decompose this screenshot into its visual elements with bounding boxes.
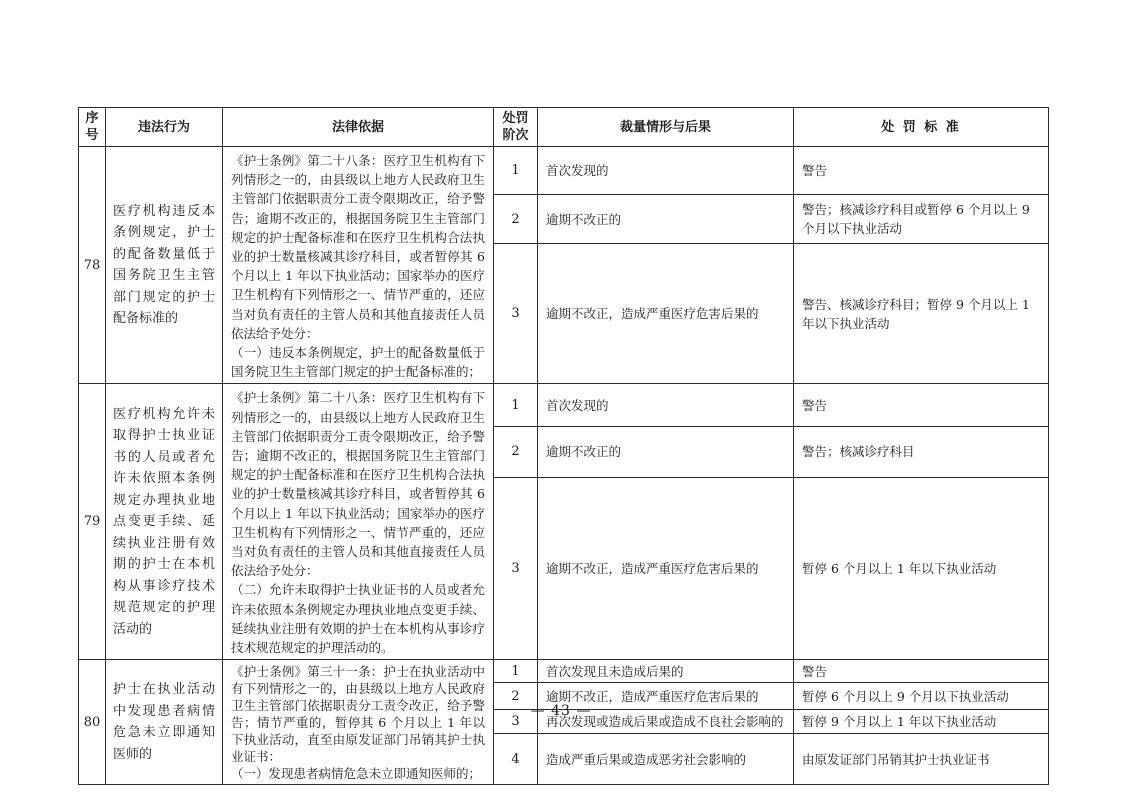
legal-basis-cell: 《护士条例》第二十八条：医疗卫生机构有下列情形之一的，由县级以上地方人民政府卫生… (223, 384, 494, 660)
situation-cell: 逾期不改正的 (538, 426, 794, 477)
violation-cell: 医疗机构违反本条例规定，护士的配备数量低于国务院卫生主管部门规定的护士配备标准的 (106, 147, 223, 384)
col-header-serial: 序 号 (79, 108, 106, 147)
table-row: 79 医疗机构允许未取得护士执业证书的人员或者允许未依照本条例规定办理执业地点变… (79, 384, 1049, 427)
level-cell: 3 (494, 477, 538, 659)
penalty-cell: 警告、核减诊疗科目；暂停 9 个月以上 1 年以下执业活动 (794, 244, 1049, 384)
violation-cell: 护士在执业活动中发现患者病情危急未立即通知医师的 (106, 660, 223, 785)
table-row: 78 医疗机构违反本条例规定，护士的配备数量低于国务院卫生主管部门规定的护士配备… (79, 147, 1049, 195)
col-header-penalty-level: 处罚 阶次 (494, 108, 538, 147)
level-cell: 3 (494, 244, 538, 384)
table-header-row: 序 号 违法行为 法律依据 处罚 阶次 裁量情形与后果 处 罚 标 准 (79, 108, 1049, 147)
situation-cell: 首次发现的 (538, 384, 794, 427)
situation-cell: 逾期不改正，造成严重医疗危害后果的 (538, 244, 794, 384)
legal-basis-cell: 《护士条例》第三十一条：护士在执业活动中有下列情形之一的，由县级以上地方人民政府… (223, 660, 494, 785)
serial-cell: 79 (79, 384, 106, 660)
situation-cell: 首次发现的 (538, 147, 794, 195)
penalty-cell: 警告 (794, 384, 1049, 427)
level-cell: 4 (494, 734, 538, 785)
level-cell: 1 (494, 660, 538, 683)
page-number: — 43 — (0, 703, 1122, 719)
level-cell: 1 (494, 147, 538, 195)
situation-cell: 首次发现且未造成后果的 (538, 660, 794, 683)
col-header-legal-basis: 法律依据 (223, 108, 494, 147)
violation-cell: 医疗机构允许未取得护士执业证书的人员或者允许未依照本条例规定办理执业地点变更手续… (106, 384, 223, 660)
penalty-cell: 警告；核减诊疗科目 (794, 426, 1049, 477)
col-header-discretion: 裁量情形与后果 (538, 108, 794, 147)
penalty-cell: 警告；核减诊疗科目或暂停 6 个月以上 9 个月以下执业活动 (794, 194, 1049, 243)
document-page: 序 号 违法行为 法律依据 处罚 阶次 裁量情形与后果 处 罚 标 准 78 医… (0, 0, 1122, 793)
situation-cell: 逾期不改正，造成严重医疗危害后果的 (538, 477, 794, 659)
table-row: 80 护士在执业活动中发现患者病情危急未立即通知医师的 《护士条例》第三十一条：… (79, 660, 1049, 683)
penalty-cell: 警告 (794, 660, 1049, 683)
penalty-cell: 由原发证部门吊销其护士执业证书 (794, 734, 1049, 785)
legal-basis-cell: 《护士条例》第二十八条：医疗卫生机构有下列情形之一的，由县级以上地方人民政府卫生… (223, 147, 494, 384)
situation-cell: 逾期不改正的 (538, 194, 794, 243)
level-cell: 2 (494, 426, 538, 477)
col-header-penalty-standard: 处 罚 标 准 (794, 108, 1049, 147)
penalty-cell: 警告 (794, 147, 1049, 195)
situation-cell: 造成严重后果或造成恶劣社会影响的 (538, 734, 794, 785)
penalty-standards-table: 序 号 违法行为 法律依据 处罚 阶次 裁量情形与后果 处 罚 标 准 78 医… (78, 107, 1049, 785)
level-cell: 1 (494, 384, 538, 427)
serial-cell: 80 (79, 660, 106, 785)
col-header-violation: 违法行为 (106, 108, 223, 147)
serial-cell: 78 (79, 147, 106, 384)
level-cell: 2 (494, 194, 538, 243)
penalty-cell: 暂停 6 个月以上 1 年以下执业活动 (794, 477, 1049, 659)
